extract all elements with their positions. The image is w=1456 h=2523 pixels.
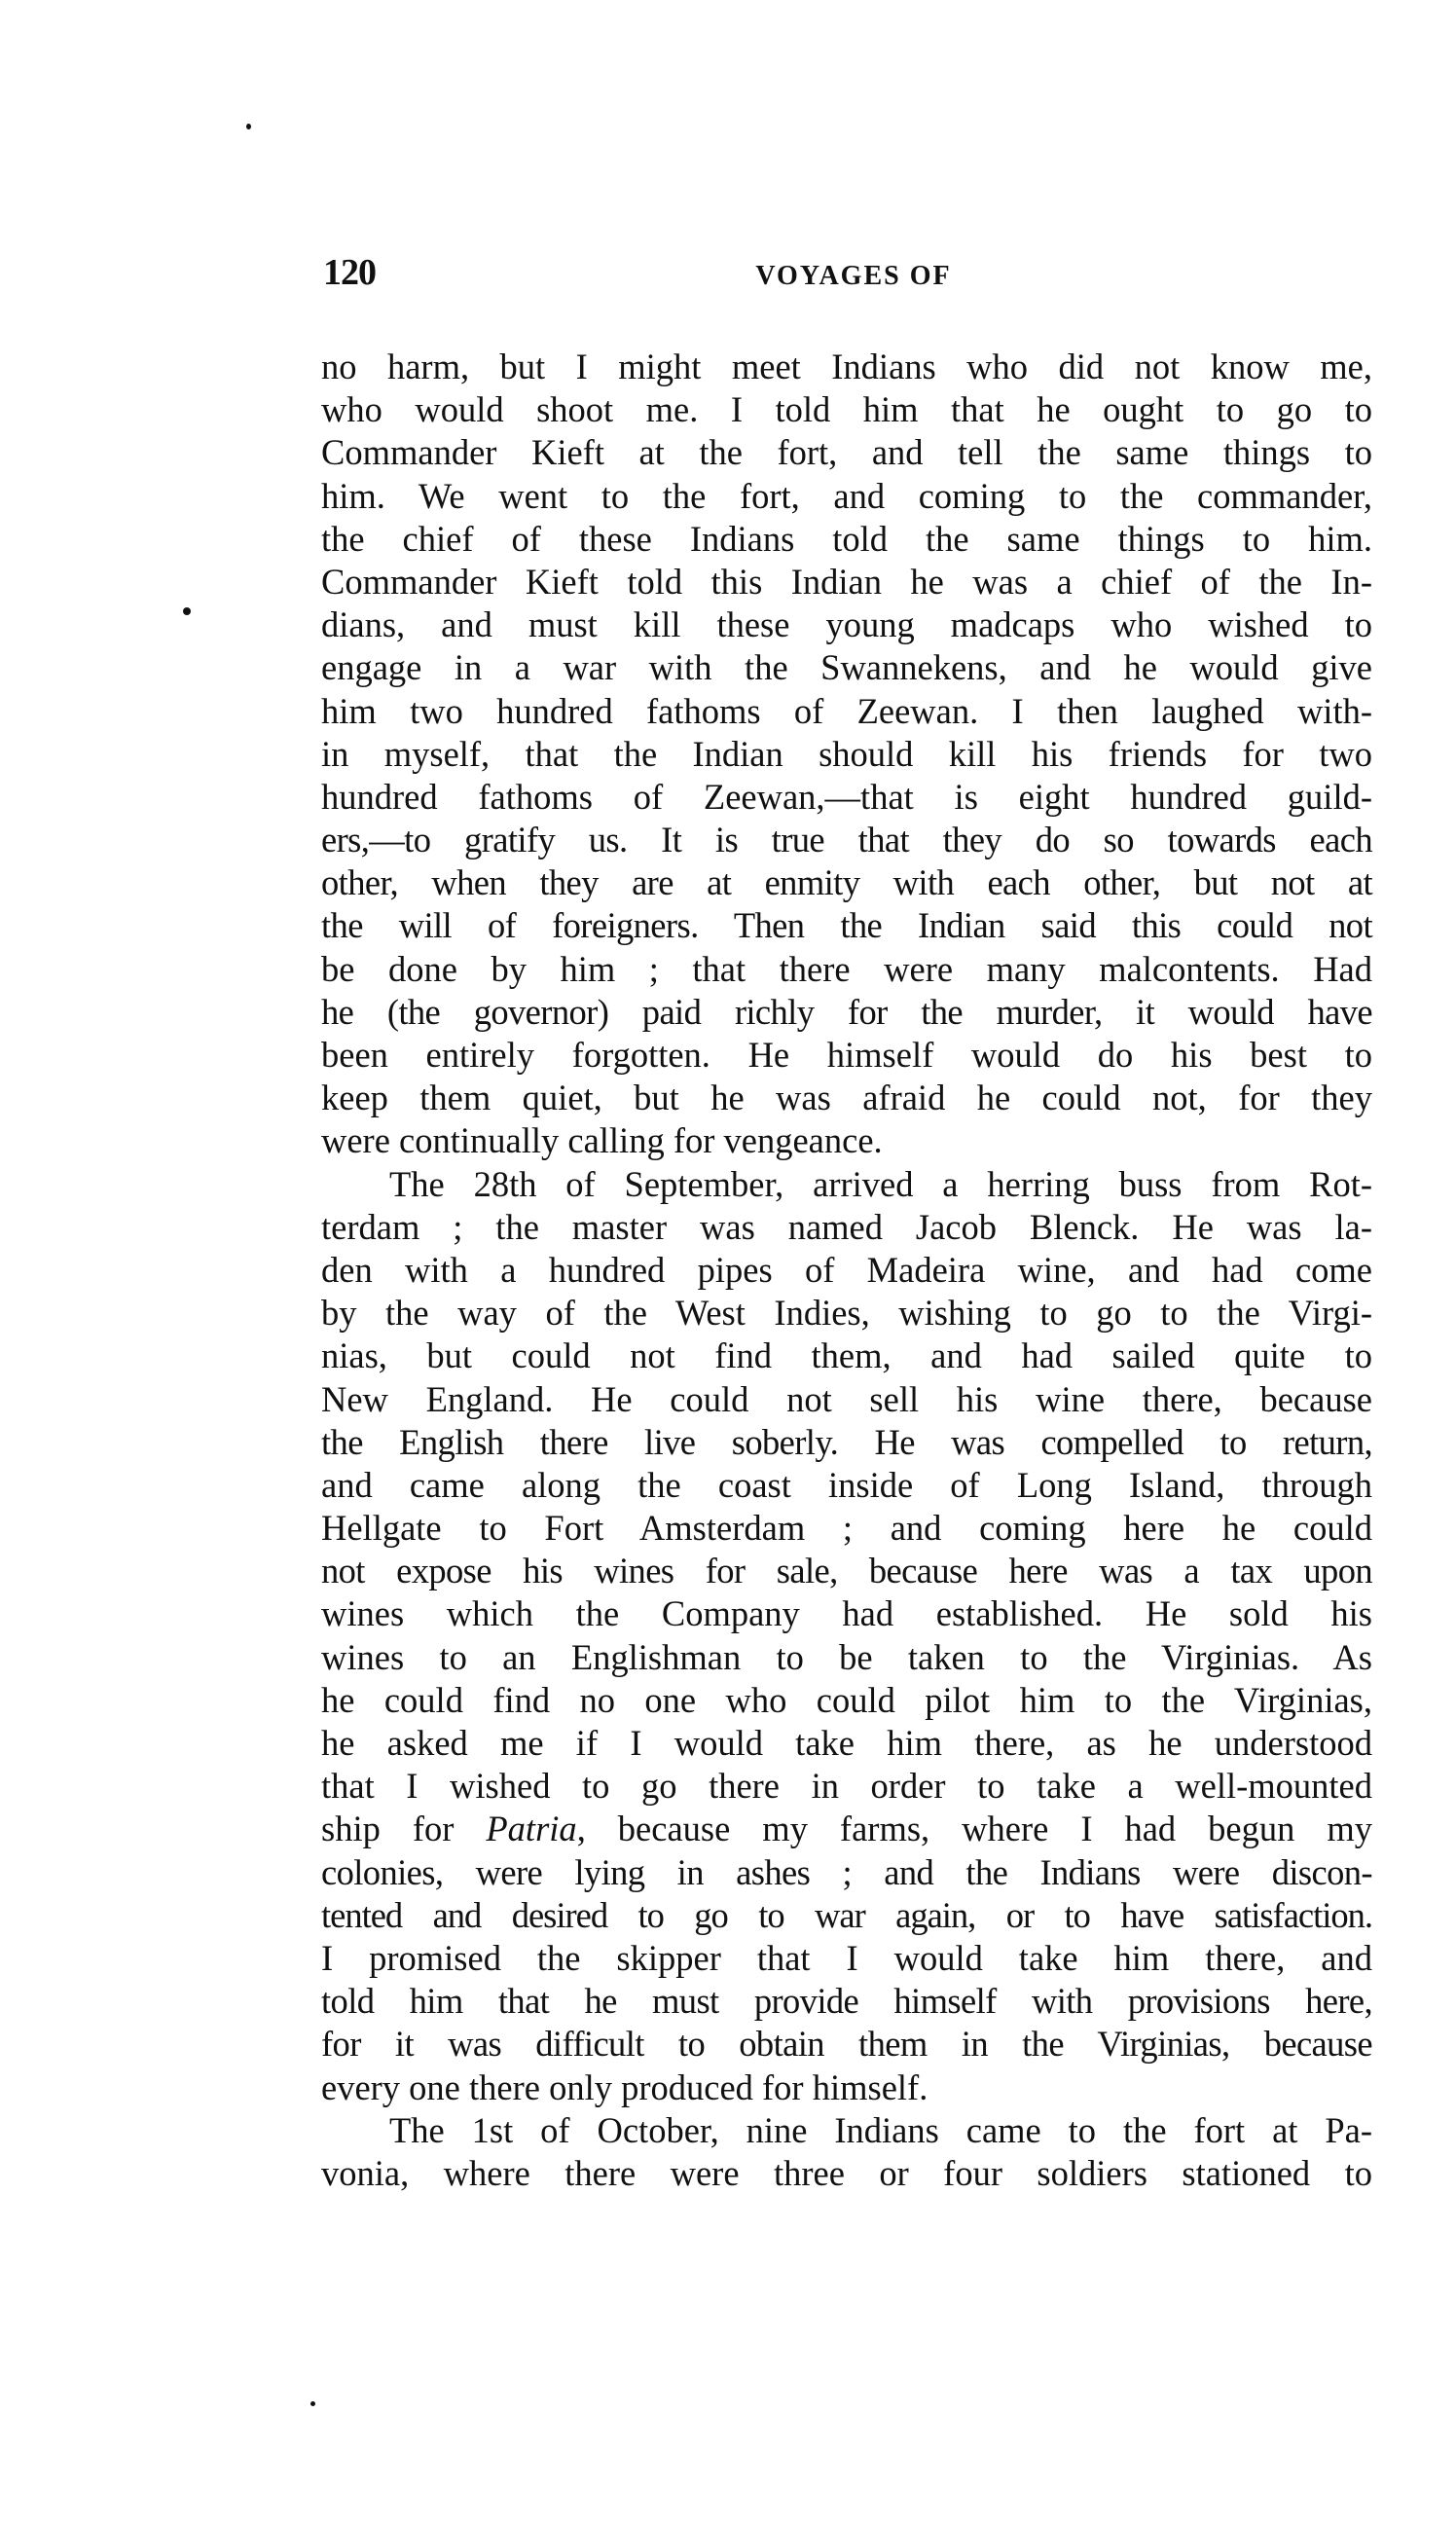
text-line: in myself, that the Indian should kill h…	[321, 733, 1372, 776]
text-segment: ship for	[321, 1809, 486, 1848]
text-line: dians, and must kill these young madcaps…	[321, 603, 1372, 646]
italic-word-patria: Patria	[486, 1809, 576, 1848]
text-line: other, when they are at enmity with each…	[321, 861, 1372, 904]
text-line: terdam ; the master was named Jacob Blen…	[321, 1206, 1372, 1249]
text-line: Hellgate to Fort Amsterdam ; and coming …	[321, 1507, 1372, 1550]
text-line: wines to an Englishman to be taken to th…	[321, 1636, 1372, 1679]
text-line: the chief of these Indians told the same…	[321, 518, 1372, 561]
text-line: for it was difficult to obtain them in t…	[321, 2023, 1372, 2066]
page-number: 120	[323, 251, 376, 294]
text-line: tented and desired to go to war again, o…	[321, 1894, 1372, 1937]
scan-speck-margin	[183, 607, 191, 615]
text-line: he could find no one who could pilot him…	[321, 1679, 1372, 1722]
text-line-with-italic: ship for Patria, because my farms, where…	[321, 1808, 1372, 1850]
body-text: no harm, but I might meet Indians who di…	[321, 346, 1372, 2195]
text-line: den with a hundred pipes of Madeira wine…	[321, 1249, 1372, 1292]
text-line: vonia, where there were three or four so…	[321, 2152, 1372, 2195]
text-line: he (the governor) paid richly for the mu…	[321, 991, 1372, 1034]
scan-speck-top	[246, 124, 251, 129]
running-head: VOYAGES OF	[746, 259, 962, 294]
text-line: wines which the Company had established.…	[321, 1592, 1372, 1635]
scan-speck-bottom	[310, 2401, 315, 2406]
text-line: him. We went to the fort, and coming to …	[321, 475, 1372, 518]
text-line: be done by him ; that there were many ma…	[321, 948, 1372, 991]
text-line: and came along the coast inside of Long …	[321, 1464, 1372, 1507]
text-line: keep them quiet, but he was afraid he co…	[321, 1077, 1372, 1119]
text-line: him two hundred fathoms of Zeewan. I the…	[321, 690, 1372, 733]
text-line: Commander Kieft told this Indian he was …	[321, 561, 1372, 603]
text-line: told him that he must provide himself wi…	[321, 1980, 1372, 2023]
text-line: I promised the skipper that I would take…	[321, 1937, 1372, 1980]
text-line: not expose his wines for sale, because h…	[321, 1550, 1372, 1592]
paragraph-end-line: were continually calling for vengeance.	[321, 1119, 1372, 1162]
text-line: colonies, were lying in ashes ; and the …	[321, 1851, 1372, 1894]
text-line: Commander Kieft at the fort, and tell th…	[321, 431, 1372, 474]
text-line: by the way of the West Indies, wishing t…	[321, 1292, 1372, 1335]
text-line: nias, but could not find them, and had s…	[321, 1335, 1372, 1377]
text-line: hundred fathoms of Zeewan,—that is eight…	[321, 776, 1372, 819]
text-line: no harm, but I might meet Indians who di…	[321, 346, 1372, 388]
text-line: who would shoot me. I told him that he o…	[321, 388, 1372, 431]
text-line: that I wished to go there in order to ta…	[321, 1765, 1372, 1808]
text-line: ers,—to gratify us. It is true that they…	[321, 819, 1372, 861]
scanned-book-page: 120 VOYAGES OF no harm, but I might meet…	[0, 0, 1456, 2523]
text-line: engage in a war with the Swannekens, and…	[321, 646, 1372, 689]
text-line: the English there live soberly. He was c…	[321, 1421, 1372, 1464]
text-line: the will of foreigners. Then the Indian …	[321, 904, 1372, 947]
paragraph-start-line: The 28th of September, arrived a herring…	[321, 1163, 1372, 1206]
paragraph-end-line: every one there only produced for himsel…	[321, 2066, 1372, 2109]
text-segment: , because my farms, where I had begun my	[577, 1809, 1372, 1848]
paragraph-start-line: The 1st of October, nine Indians came to…	[321, 2109, 1372, 2152]
text-line: New England. He could not sell his wine …	[321, 1378, 1372, 1421]
text-line: been entirely forgotten. He himself woul…	[321, 1034, 1372, 1077]
text-line: he asked me if I would take him there, a…	[321, 1722, 1372, 1765]
